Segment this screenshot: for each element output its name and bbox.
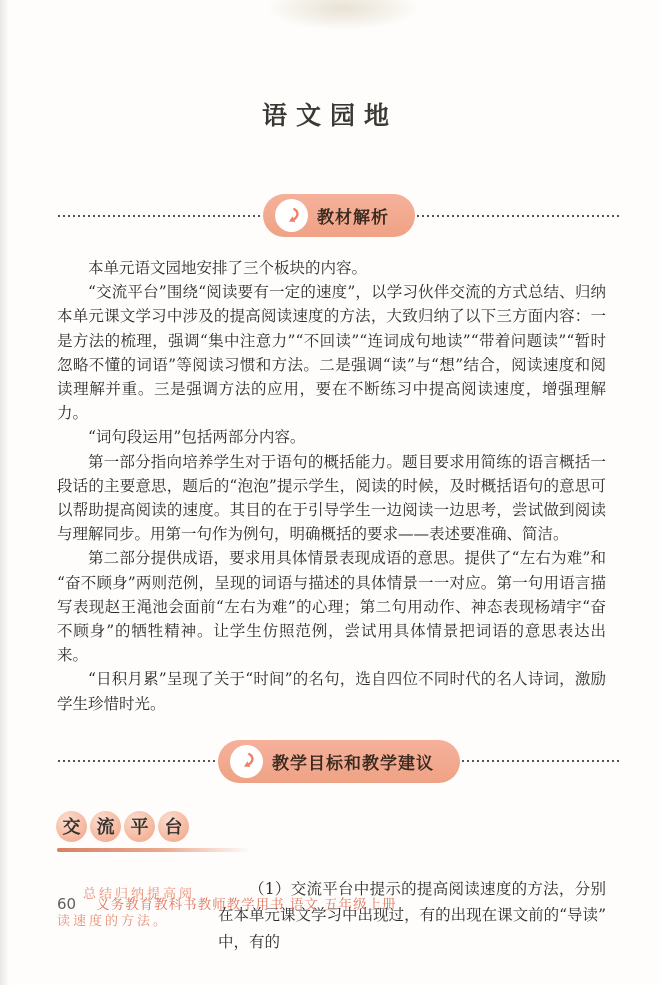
book-page: { "colors": { "badge_background": "#f2a8… [0, 0, 660, 985]
teaching-badge-label: 教学目标和教学建议 [272, 749, 434, 774]
margin-note: 总结归纳提高阅读速度的方法。 [57, 876, 205, 956]
teaching-text-column: （1）交流平台中提示的提高阅读速度的方法，分别在本单元课文学习中出现过，有的出现… [218, 876, 606, 956]
analysis-badge-row: 教材解析 [58, 193, 620, 238]
page-footer: 60 义务教育教科书教师教学用书 语文 五年级上册 [57, 893, 397, 913]
curved-arrow-icon [275, 199, 308, 232]
header-char-bubble: 平 [124, 811, 155, 842]
analysis-paragraph: 本单元语文园地安排了三个板块的内容。 [57, 256, 606, 280]
teaching-badge: 教学目标和教学建议 [218, 740, 460, 783]
header-char-bubble: 交 [56, 811, 87, 842]
section-header-bubbles: 交 流 平 台 [56, 811, 660, 842]
analysis-paragraph: “日积月累”呈现了关于“时间”的名句，选自四位不同时代的名人诗词，激励学生珍惜时… [57, 667, 606, 715]
page-number: 60 [57, 895, 76, 913]
dotted-leader-left [58, 760, 216, 762]
section-header-underline [57, 848, 251, 852]
analysis-paragraph: “交流平台”围绕“阅读要有一定的速度”，以学习伙伴交流的方式总结、归纳本单元课文… [57, 280, 606, 425]
footer-book-title: 义务教育教科书教师教学用书 语文 五年级上册 [96, 893, 397, 913]
curved-arrow-icon [230, 745, 263, 778]
analysis-section: 本单元语文园地安排了三个板块的内容。 “交流平台”围绕“阅读要有一定的速度”，以… [57, 256, 606, 716]
dotted-leader-left [58, 215, 261, 217]
teaching-suggestions-area: 总结归纳提高阅读速度的方法。 （1）交流平台中提示的提高阅读速度的方法，分别在本… [57, 876, 606, 956]
analysis-badge-label: 教材解析 [317, 203, 389, 228]
analysis-paragraph: “词句段运用”包括两部分内容。 [57, 425, 606, 449]
analysis-badge: 教材解析 [263, 194, 415, 237]
teaching-badge-row: 教学目标和教学建议 [58, 739, 620, 784]
dotted-leader-right [462, 760, 620, 762]
analysis-paragraph: 第二部分提供成语，要求用具体情景表现成语的意思。提供了“左右为难”和“奋不顾身”… [57, 546, 606, 667]
header-char-bubble: 流 [90, 811, 121, 842]
page-left-edge-shadow [0, 0, 9, 985]
teaching-paragraph: （1）交流平台中提示的提高阅读速度的方法，分别在本单元课文学习中出现过，有的出现… [218, 876, 606, 956]
header-char-bubble: 台 [158, 811, 189, 842]
section-header-communication-platform: 交 流 平 台 [56, 811, 660, 852]
dotted-leader-right [417, 215, 620, 217]
analysis-paragraph: 第一部分指向培养学生对于语句的概括能力。题目要求用简练的语言概括一段话的主要意思… [57, 450, 606, 547]
